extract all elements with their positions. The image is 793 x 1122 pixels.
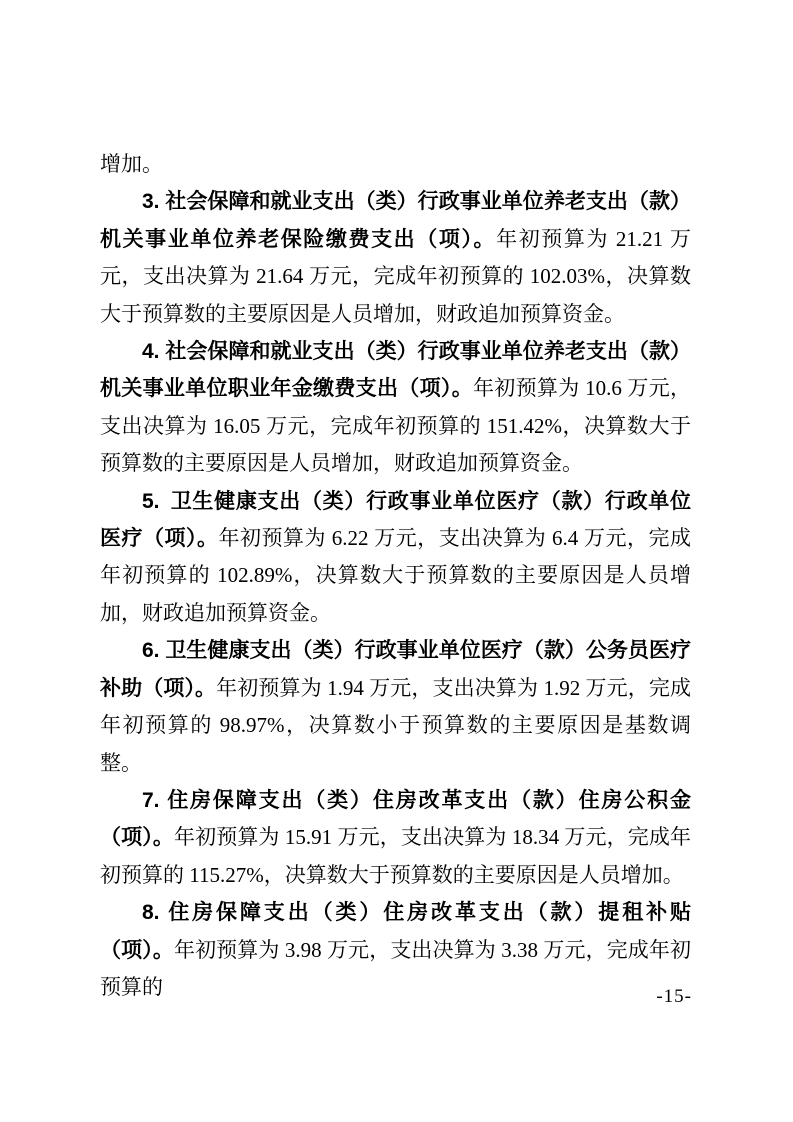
budget-item-8: 8. 住房保障支出（类）住房改革支出（款）提租补贴（项）。年初预算为 3.98 … <box>100 894 691 1006</box>
document-page: 增加。 3. 社会保障和就业支出（类）行政事业单位养老支出（款）机关事业单位养老… <box>0 0 793 1122</box>
budget-item-5: 5. 卫生健康支出（类）行政事业单位医疗（款）行政单位医疗（项）。年初预算为 6… <box>100 483 691 633</box>
budget-item-7-text: 年初预算为 15.91 万元，支出决算为 18.34 万元，完成年初预算的 11… <box>100 825 691 886</box>
page-number: -15- <box>656 986 692 1008</box>
budget-item-7: 7. 住房保障支出（类）住房改革支出（款）住房公积金（项）。年初预算为 15.9… <box>100 782 691 894</box>
document-body: 增加。 3. 社会保障和就业支出（类）行政事业单位养老支出（款）机关事业单位养老… <box>100 146 691 1006</box>
budget-item-4: 4. 社会保障和就业支出（类）行政事业单位养老支出（款）机关事业单位职业年金缴费… <box>100 333 691 483</box>
paragraph-text: 增加。 <box>100 152 163 176</box>
budget-item-8-text: 年初预算为 3.98 万元，支出决算为 3.38 万元，完成年初预算的 <box>100 938 691 999</box>
budget-item-6: 6. 卫生健康支出（类）行政事业单位医疗（款）公务员医疗补助（项）。年初预算为 … <box>100 632 691 782</box>
budget-item-3: 3. 社会保障和就业支出（类）行政事业单位养老支出（款）机关事业单位养老保险缴费… <box>100 183 691 333</box>
paragraph-continuation: 增加。 <box>100 146 691 183</box>
